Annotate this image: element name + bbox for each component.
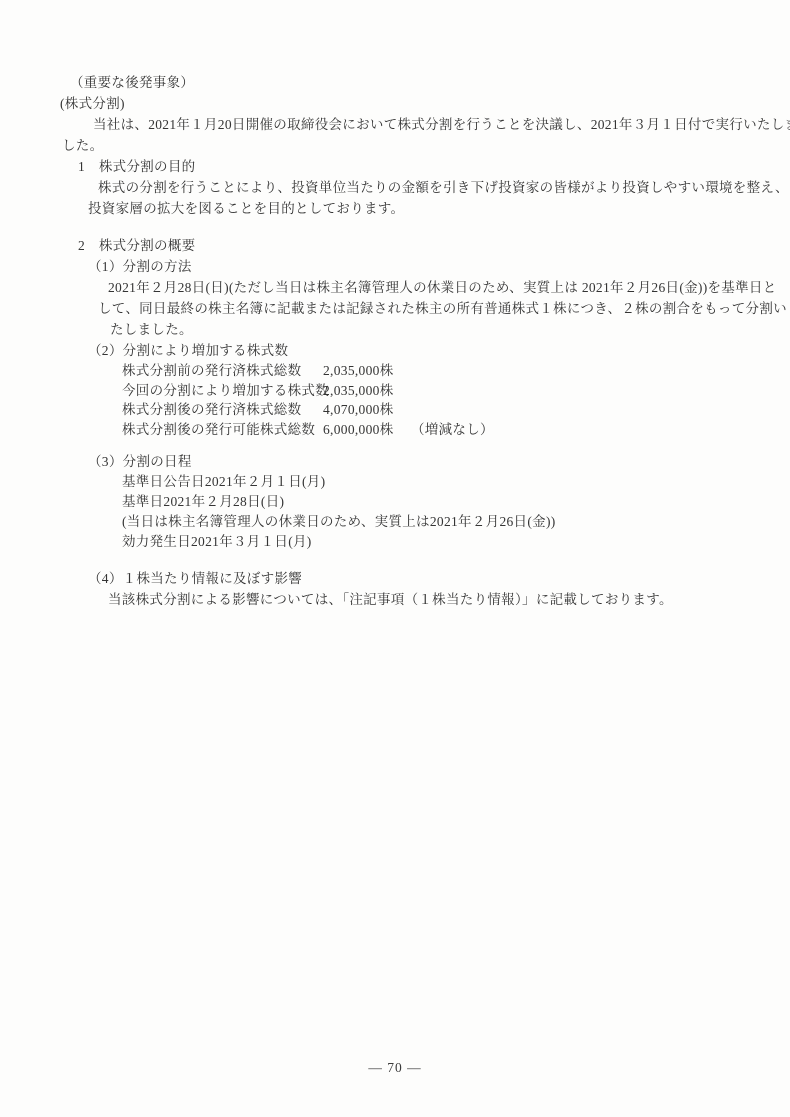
- row-value: 2021年２月１日(月): [205, 474, 326, 489]
- row-label: 効力発生日: [122, 534, 191, 549]
- section-1-body-line: 株式の分割を行うことにより、投資単位当たりの金額を引き下げ投資家の皆様がより投資…: [0, 177, 790, 198]
- subsection-1-body-line: 2021年２月28日(日)(ただし当日は株主名簿管理人の休業日のため、実質上は …: [0, 277, 790, 298]
- section-gap: [0, 219, 790, 235]
- shares-row: 株式分割前の発行済株式総数2,035,000株: [0, 361, 790, 381]
- row-label: 株式分割前の発行済株式総数: [122, 361, 323, 381]
- row-value: 2,035,000株: [323, 381, 411, 401]
- document-page: （重要な後発事象） (株式分割) 当社は、2021年１月20日開催の取締役会にお…: [0, 0, 790, 1117]
- subsection-1-body-line: たしました。: [0, 319, 790, 340]
- subsection-1-title: （1）分割の方法: [0, 256, 790, 277]
- subsection-3-title: （3）分割の日程: [0, 451, 790, 472]
- section-2-title: 2 株式分割の概要: [0, 235, 790, 256]
- subsection-4-body-line: 当該株式分割による影響については、「注記事項（１株当たり情報）」に記載しておりま…: [0, 589, 790, 610]
- row-label: (当日は株主名簿管理人の休業日のため、実質上は2021年２月26日(金)): [122, 514, 556, 529]
- schedule-note-row: (当日は株主名簿管理人の休業日のため、実質上は2021年２月26日(金)): [0, 512, 790, 532]
- shares-row: 株式分割後の発行可能株式総数6,000,000株（増減なし）: [0, 420, 790, 440]
- row-label: 今回の分割により増加する株式数: [122, 381, 323, 401]
- document-content: （重要な後発事象） (株式分割) 当社は、2021年１月20日開催の取締役会にお…: [0, 72, 790, 610]
- row-label: 株式分割後の発行可能株式総数: [122, 420, 323, 440]
- shares-row: 株式分割後の発行済株式総数4,070,000株: [0, 400, 790, 420]
- section-1-title: 1 株式分割の目的: [0, 156, 790, 177]
- row-value: 2,035,000株: [323, 361, 411, 381]
- row-value: 4,070,000株: [323, 400, 411, 420]
- schedule-row: 基準日公告日2021年２月１日(月): [0, 472, 790, 492]
- topic-heading: (株式分割): [0, 93, 790, 114]
- section-gap: [0, 439, 790, 451]
- subsection-2-title: （2）分割により増加する株式数: [0, 340, 790, 361]
- shares-row: 今回の分割により増加する株式数2,035,000株: [0, 381, 790, 401]
- row-label: 株式分割後の発行済株式総数: [122, 400, 323, 420]
- row-label: 基準日公告日: [122, 474, 205, 489]
- note-heading: （重要な後発事象）: [0, 72, 790, 93]
- row-label: 基準日: [122, 494, 163, 509]
- row-value: 6,000,000株: [323, 420, 411, 440]
- row-value: 2021年３月１日(月): [191, 534, 312, 549]
- subsection-4-title: （4）１株当たり情報に及ぼす影響: [0, 568, 790, 589]
- section-1-body-line: 投資家層の拡大を図ることを目的としております。: [0, 198, 790, 219]
- page-number: ― 70 ―: [0, 1060, 790, 1076]
- intro-line: 当社は、2021年１月20日開催の取締役会において株式分割を行うことを決議し、2…: [0, 114, 790, 135]
- schedule-row: 効力発生日2021年３月１日(月): [0, 532, 790, 552]
- subsection-1-body-line: して、同日最終の株主名簿に記載または記録された株主の所有普通株式１株につき、２株…: [0, 298, 790, 319]
- section-gap: [0, 552, 790, 568]
- intro-line: した。: [0, 135, 790, 156]
- row-note: （増減なし）: [411, 422, 494, 437]
- schedule-row: 基準日2021年２月28日(日): [0, 492, 790, 512]
- row-value: 2021年２月28日(日): [163, 494, 284, 509]
